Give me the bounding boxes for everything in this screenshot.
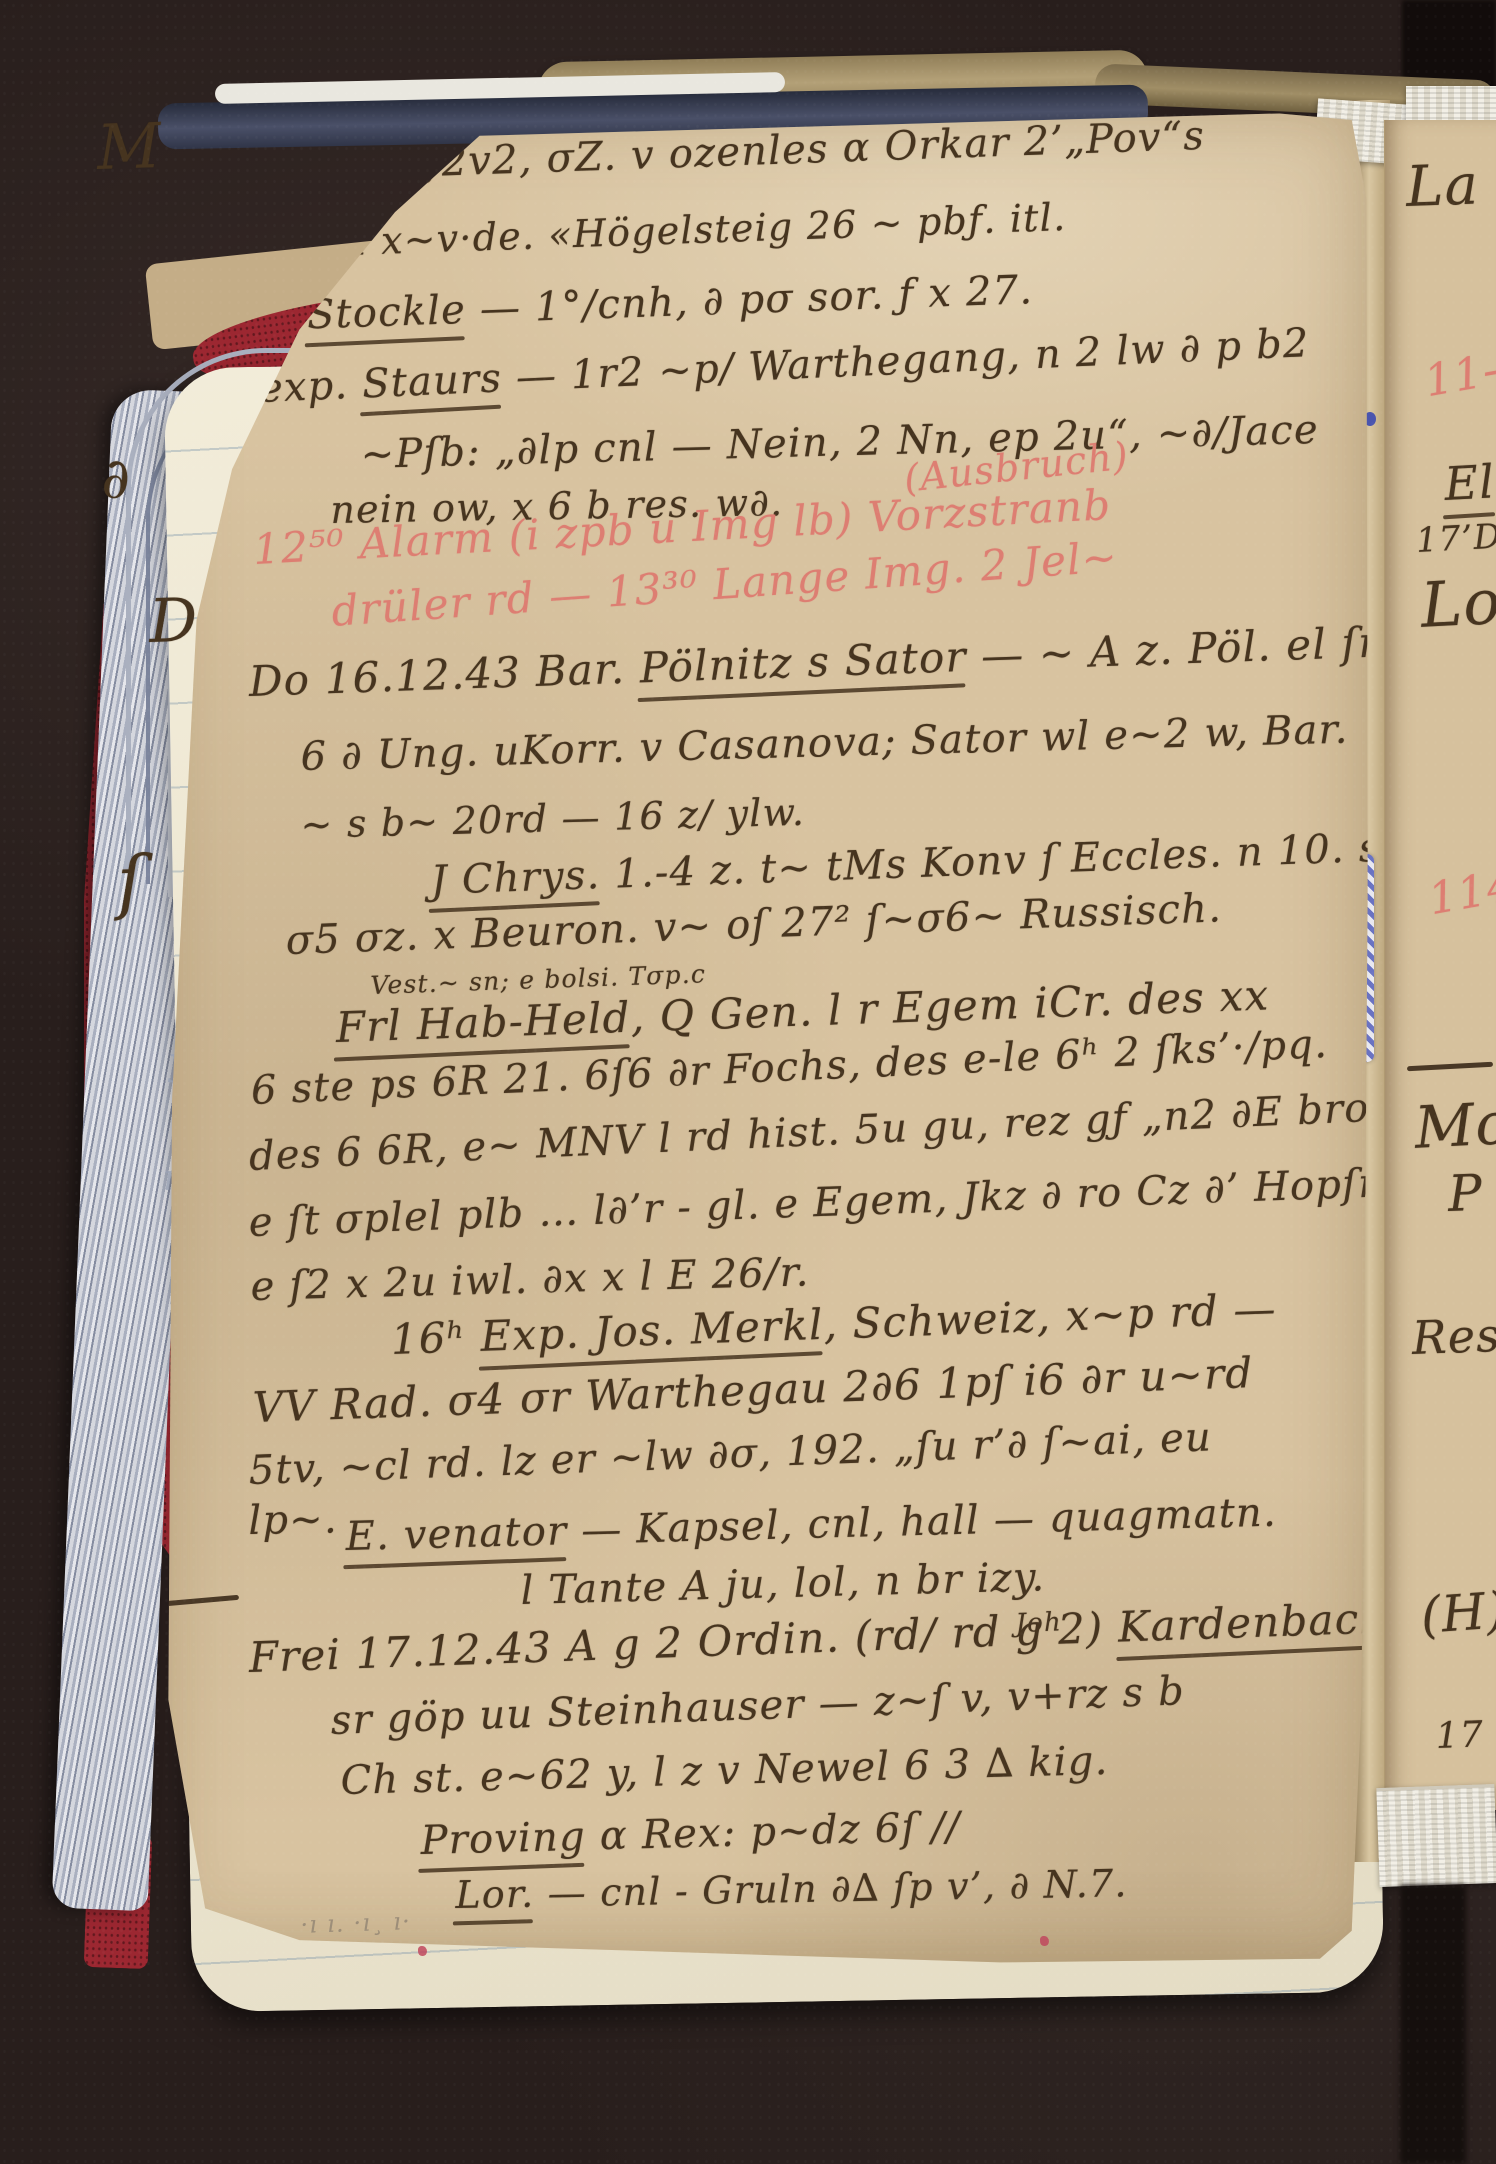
- red-ink-specks: [0, 0, 1496, 2164]
- red-ink-speck: [1040, 1936, 1049, 1946]
- photo-background: M∂Dſyn-v La11-El17’DLo114MoPRes(H)17 Sta…: [0, 0, 1496, 2164]
- red-ink-speck: [418, 1946, 427, 1956]
